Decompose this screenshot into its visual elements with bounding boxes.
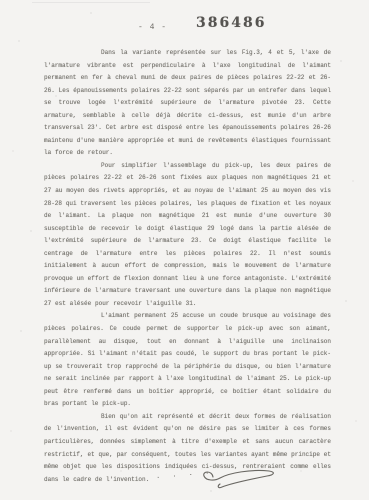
- page-header: - 4 - 386486: [0, 0, 369, 44]
- patent-stamp-number: 386486: [196, 15, 266, 31]
- page-number: - 4 -: [138, 23, 167, 32]
- scanned-document-page: - 4 - 386486 Dans la variante représenté…: [0, 0, 369, 500]
- paragraph: Dans la variante représentée sur les Fig…: [44, 47, 331, 160]
- signature-flourish-icon: [186, 461, 282, 493]
- document-body: Dans la variante représentée sur les Fig…: [44, 47, 331, 486]
- end-of-text-mark: · · · ·: [150, 461, 282, 493]
- paragraph: Pour simplifier l'assemblage du pick-up,…: [44, 160, 331, 311]
- paragraph: L'aimant permanent 25 accuse un coude br…: [44, 310, 331, 410]
